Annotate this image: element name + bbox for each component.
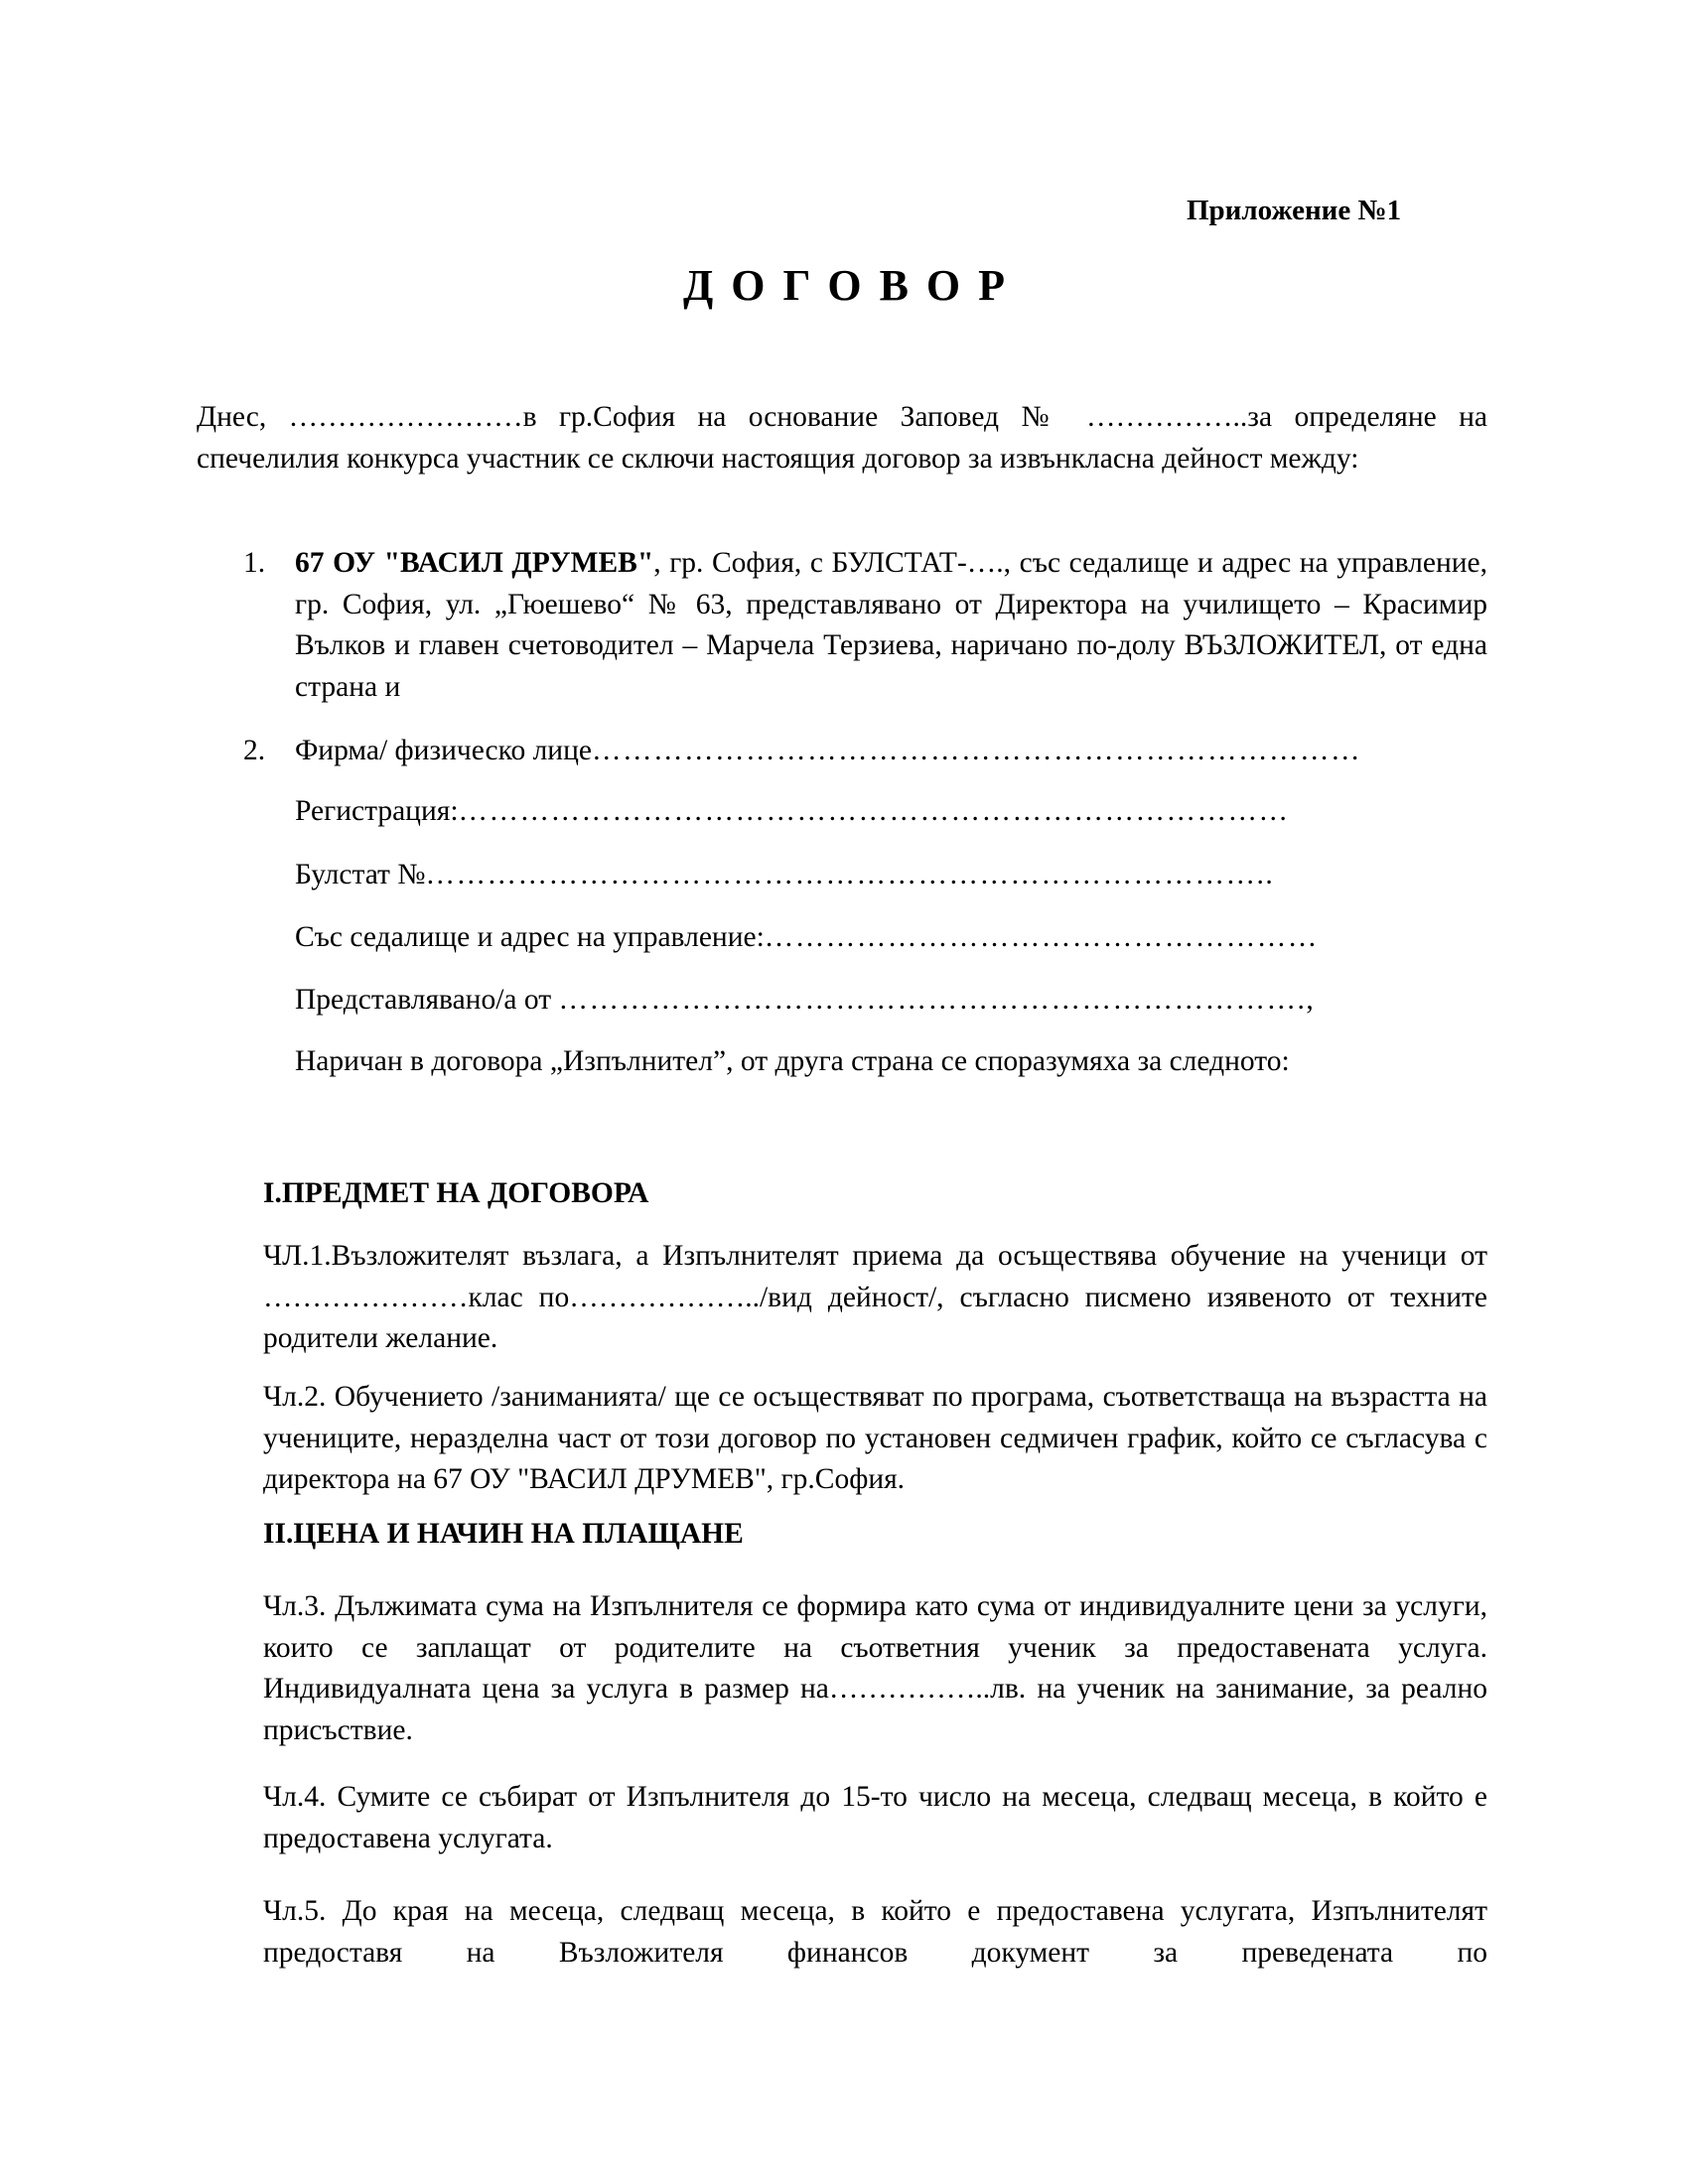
field-representative-label: Представлявано/а от	[295, 984, 559, 1016]
field-registration: Регистрация:………………………………………………………………………	[295, 791, 1439, 833]
field-registration-label: Регистрация:	[295, 795, 459, 827]
article-2: Чл.2. Обучението /заниманията/ ще се осъ…	[263, 1377, 1487, 1501]
field-representative-blank: ……………………………………………………………….,	[559, 984, 1316, 1016]
article-1: ЧЛ.1.Възложителят възлага, а Изпълнителя…	[263, 1236, 1487, 1360]
section-2-heading: II.ЦЕНА И НАЧИН НА ПЛАЩАНЕ	[263, 1518, 744, 1551]
party-2-number: 2.	[243, 731, 265, 772]
party-1-name: 67 ОУ "ВАСИЛ ДРУМЕВ"	[295, 547, 653, 579]
annex-label: Приложение №1	[1187, 195, 1401, 227]
section-1-heading: I.ПРЕДМЕТ НА ДОГОВОРА	[263, 1177, 648, 1210]
field-address: Със седалище и адрес на управление:………………	[295, 917, 1452, 959]
field-address-blank: ………………………………………………	[765, 921, 1319, 953]
document-title: ДОГОВОР	[0, 260, 1688, 311]
article-4: Чл.4. Сумите се събират от Изпълнителя д…	[263, 1777, 1487, 1859]
field-representative: Представлявано/а от ………………………………………………………	[295, 980, 1477, 1022]
party-1-paragraph: 67 ОУ "ВАСИЛ ДРУМЕВ", гр. София, с БУЛСТ…	[295, 543, 1487, 708]
field-company: Фирма/ физическо лице……………………………………………………	[295, 731, 1457, 772]
article-3: Чл.3. Дължимата сума на Изпълнителя се ф…	[263, 1586, 1487, 1751]
field-bulstat-blank: ………………………………………………………………………..	[425, 859, 1274, 890]
field-company-label: Фирма/ физическо лице	[295, 735, 592, 766]
article-5: Чл.5. До края на месеца, следващ месеца,…	[263, 1891, 1487, 1974]
party-1-number: 1.	[243, 543, 265, 585]
intro-paragraph: Днес, ……………………в гр.София на основание За…	[197, 397, 1487, 479]
field-bulstat-label: Булстат №	[295, 859, 425, 890]
field-company-blank: …………………………………………………………………	[592, 735, 1361, 766]
field-registration-blank: ………………………………………………………………………	[459, 795, 1290, 827]
field-bulstat: Булстат №………………………………………………………………………..	[295, 855, 1457, 896]
party-2-closing: Наричан в договора „Изпълнител”, от друг…	[295, 1041, 1486, 1083]
field-address-label: Със седалище и адрес на управление:	[295, 921, 765, 953]
